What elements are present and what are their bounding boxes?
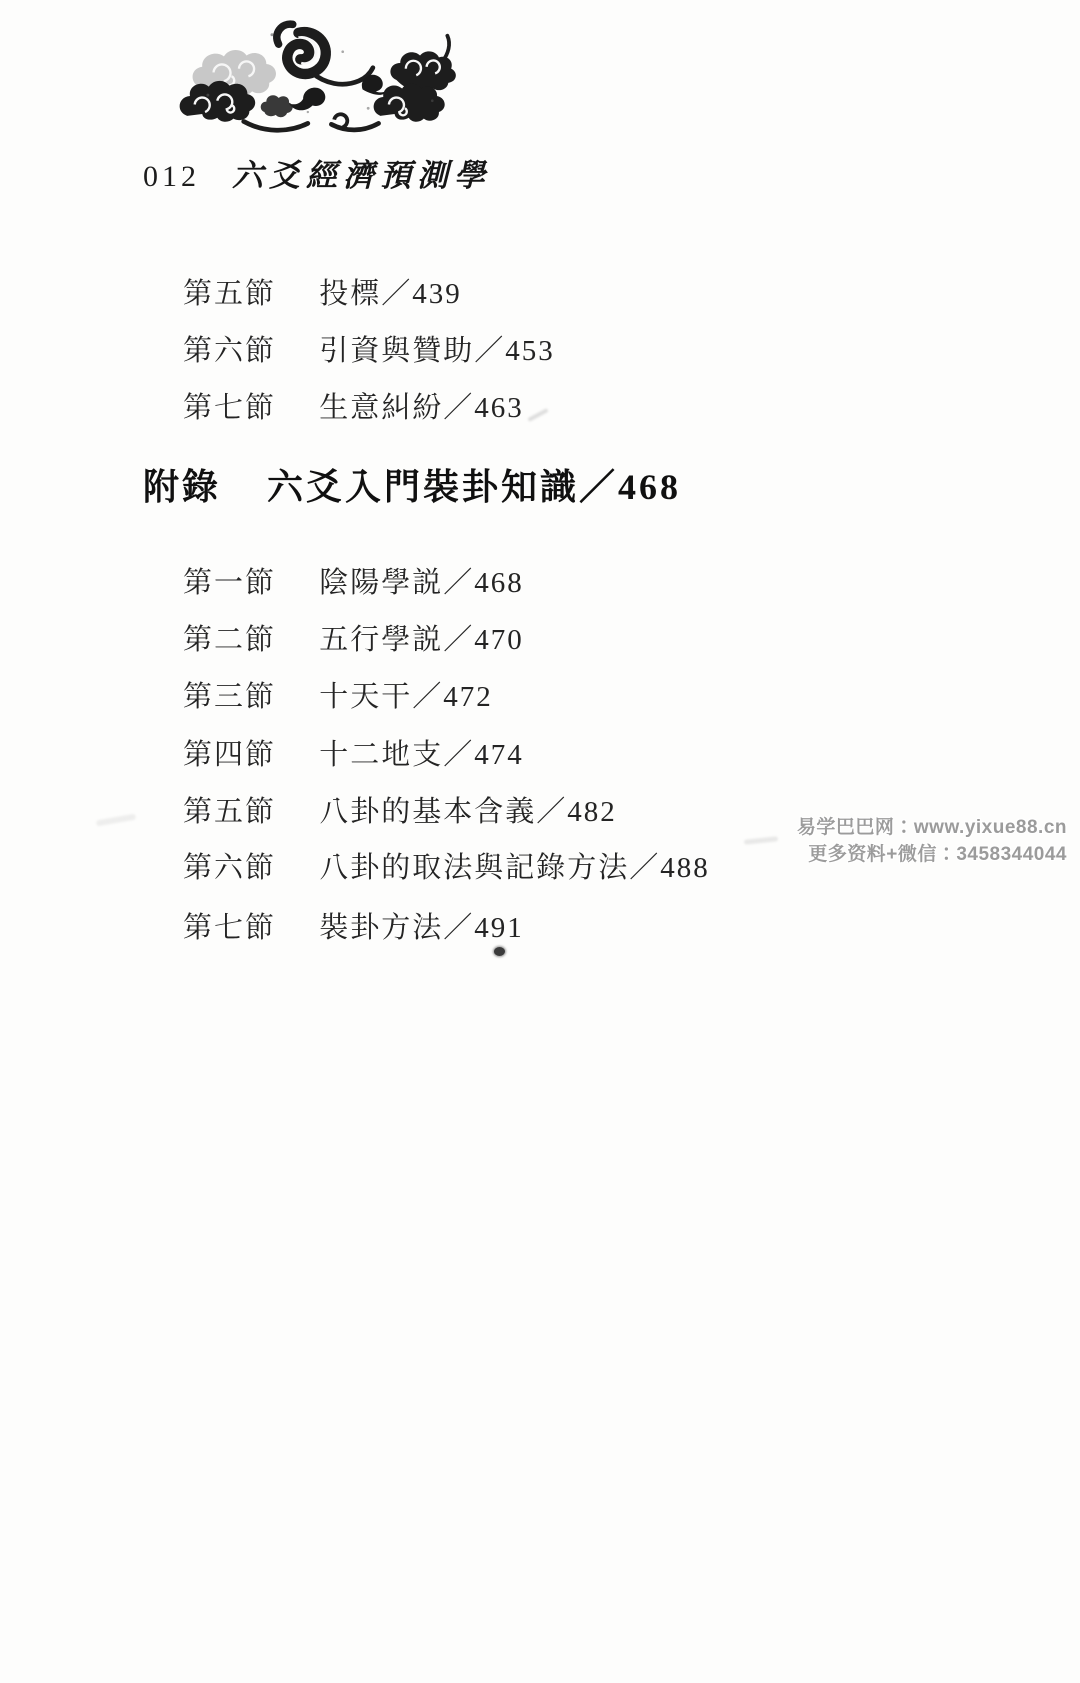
toc-entry: 第二節 五行學説／470 [183,623,524,657]
toc-entry-title: 八卦的基本含義／482 [319,795,617,829]
cloud-ornament-icon [140,14,470,146]
toc-entry: 第七節 裝卦方法／491 [183,911,524,945]
ink-dot [494,947,505,956]
appendix-heading: 附錄 六爻入門裝卦知識／468 [143,466,681,508]
book-title: 六爻經濟預測學 [232,150,491,195]
toc-entry: 第三節 十天干／472 [183,680,493,714]
toc-entry-title: 生意糾紛／463 [319,391,524,425]
scan-smudge [96,814,136,827]
toc-entry-title: 五行學説／470 [319,623,524,657]
watermark: 易学巴巴网：www.yixue88.cn 更多资料+微信：3458344044 [797,814,1067,868]
appendix-label: 附錄 [143,466,255,508]
toc-entry: 第六節 八卦的取法與記錄方法／488 [183,851,710,885]
toc-section-label: 第六節 [183,334,310,368]
toc-entry: 第四節 十二地支／474 [183,738,524,772]
toc-entry: 第七節 生意糾紛／463 [183,391,524,425]
watermark-contact: 更多资料+微信：3458344044 [797,841,1067,868]
scanned-book-page: 012 六爻經濟預測學 第五節 投標／439 第六節 引資與贊助／453 第七節… [0,0,1080,1683]
toc-entry-title: 陰陽學説／468 [319,566,524,600]
page-number: 012 [143,160,200,194]
toc-section-label: 第六節 [183,851,310,885]
watermark-site: 易学巴巴网：www.yixue88.cn [797,814,1067,841]
toc-entry-title: 十天干／472 [319,680,493,714]
toc-entry: 第一節 陰陽學説／468 [183,566,524,600]
toc-section-label: 第七節 [183,391,310,425]
toc-section-label: 第七節 [183,911,310,945]
toc-entry-title: 十二地支／474 [319,738,524,772]
toc-section-label: 第三節 [183,680,310,714]
page-header: 012 六爻經濟預測學 [143,150,491,195]
toc-entry-title: 八卦的取法與記錄方法／488 [319,851,710,885]
toc-entry-title: 裝卦方法／491 [319,911,524,945]
toc-section-label: 第四節 [183,738,310,772]
scan-smudge [744,836,778,845]
scan-smudge [527,408,548,422]
toc-entry: 第五節 投標／439 [183,277,462,311]
toc-section-label: 第一節 [183,566,310,600]
toc-entry-title: 引資與贊助／453 [319,334,555,368]
toc-section-label: 第五節 [183,795,310,829]
appendix-title: 六爻入門裝卦知識／468 [267,467,681,507]
toc-entry: 第六節 引資與贊助／453 [183,334,555,368]
toc-entry-title: 投標／439 [319,277,462,311]
toc-entry: 第五節 八卦的基本含義／482 [183,795,617,829]
toc-section-label: 第五節 [183,277,310,311]
toc-section-label: 第二節 [183,623,310,657]
